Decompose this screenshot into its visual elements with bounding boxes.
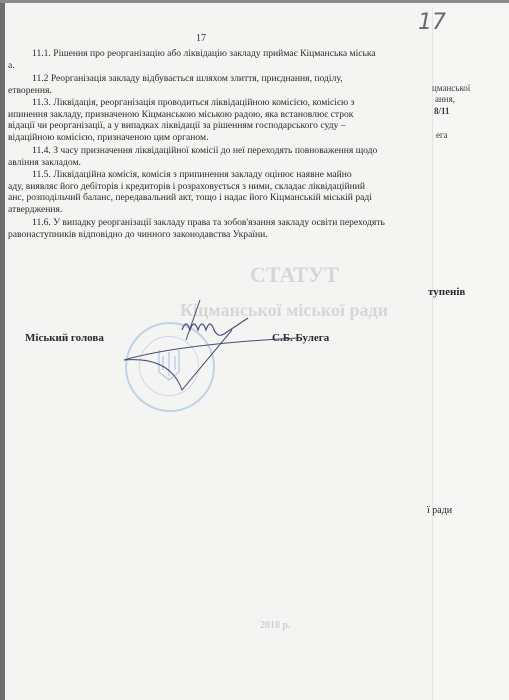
line: етворення. xyxy=(8,85,403,97)
paragraph-11-6: 11.6. У випадку реорганізації закладу пр… xyxy=(8,217,403,240)
line: атвердження. xyxy=(8,204,403,216)
paragraph-11-4: 11.4. З часу призначення ліквідаційної к… xyxy=(8,145,403,168)
bleed-text-1: цманської xyxy=(432,83,470,93)
bleed-text-4: ега xyxy=(436,130,448,140)
line: відації чи реорганізації, а у випадках л… xyxy=(8,120,403,132)
line: відаційною комісією, призначеною цим орг… xyxy=(8,132,403,144)
signature-icon xyxy=(120,300,300,410)
bleed-text-3: 8/11 xyxy=(434,106,450,116)
line: 11.1. Рішення про реорганізацію або лікв… xyxy=(8,48,403,60)
line: авління закладом. xyxy=(8,157,403,169)
handwritten-page-number: 17 xyxy=(418,10,446,35)
line: 11.4. З часу призначення ліквідаційної к… xyxy=(8,145,403,157)
signatory-name: С.Б. Булега xyxy=(272,332,329,344)
paragraph-11-2: 11.2 Реорганізація закладу відбувається … xyxy=(8,73,403,96)
line: 11.5. Ліквідаційна комісія, комісія з пр… xyxy=(8,169,403,181)
line: анс, розподільчий баланс, передавальний … xyxy=(8,192,403,204)
bleed-text-2: ання, xyxy=(435,94,455,104)
page-number: 17 xyxy=(196,33,206,44)
ghost-year: 2018 р. xyxy=(260,620,291,631)
paragraph-11-5: 11.5. Ліквідаційна комісія, комісія з пр… xyxy=(8,169,403,215)
line: равонаступників відповідно до чинного за… xyxy=(8,229,403,241)
line: аду, виявляє його дебіторів і кредиторів… xyxy=(8,181,403,193)
line: 11.2 Реорганізація закладу відбувається … xyxy=(8,73,403,85)
signatory-title: Міський голова xyxy=(25,332,104,344)
bleed-radi: ї ради xyxy=(427,505,452,516)
scan-left-edge xyxy=(0,0,5,700)
ghost-title: СТАТУТ xyxy=(250,262,339,288)
line: 11.3. Ліквідація, реорганізація проводит… xyxy=(8,97,403,109)
bleed-stupeniv: тупенів xyxy=(428,286,465,298)
line: ипинення закладу, призначеною Кіцмансько… xyxy=(8,109,403,121)
line: 11.6. У випадку реорганізації закладу пр… xyxy=(8,217,403,229)
line: а. xyxy=(8,60,403,72)
scan-top-edge xyxy=(0,0,509,3)
paragraph-11-3: 11.3. Ліквідація, реорганізація проводит… xyxy=(8,97,403,143)
paragraph-11-1: 11.1. Рішення про реорганізацію або лікв… xyxy=(8,48,403,71)
